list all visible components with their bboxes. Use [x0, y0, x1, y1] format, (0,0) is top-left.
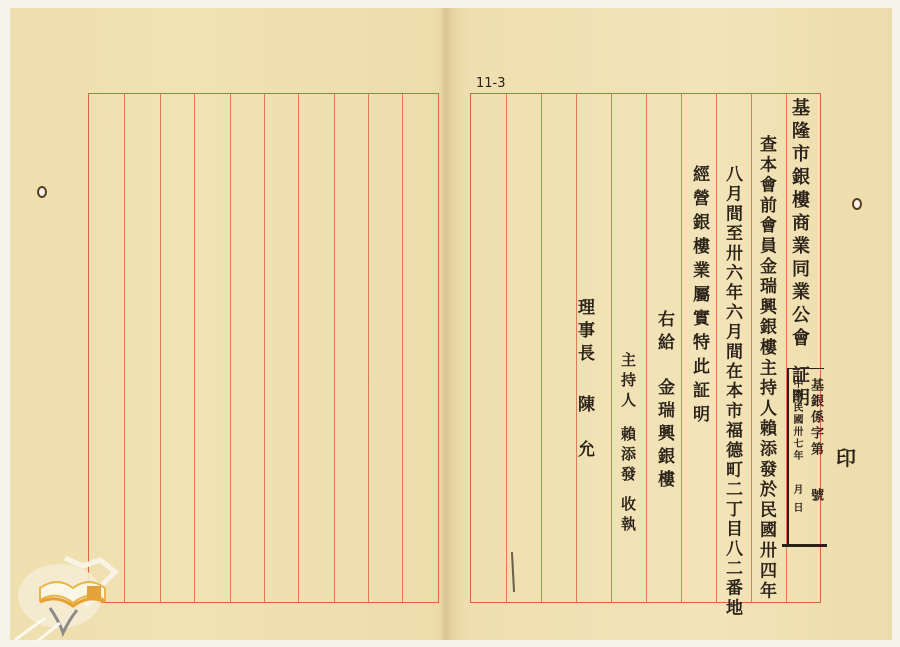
stamp-underline	[782, 544, 827, 547]
date-day: 日	[791, 502, 802, 514]
holder-name: 賴添發	[619, 426, 637, 486]
signatory-name: 陳允	[574, 395, 594, 485]
reference-suffix: 號	[808, 488, 823, 504]
seal-mark: 印	[836, 442, 856, 471]
reference-prefix: 基銀係字第	[808, 378, 823, 458]
signatory-line: 理事長陳允	[575, 298, 592, 485]
certificate-title: 基隆市銀樓商業同業公會証明	[790, 98, 808, 411]
page-number-annotation: 11-3	[476, 76, 506, 91]
binding-hole-right	[852, 198, 862, 210]
page-fold	[440, 8, 452, 640]
body-line-1: 查本會前會員金瑞興銀樓主持人賴添發於民國卅四年	[757, 135, 774, 602]
ruled-grid-left	[88, 93, 439, 603]
body-line-3: 經營銀樓業屬實特此証明	[690, 165, 707, 429]
holder-line: 主持人賴添發收執	[620, 352, 635, 536]
issuer-name: 基隆市銀樓商業同業公會	[789, 98, 810, 351]
recipient-name: 金瑞興銀樓	[654, 378, 674, 493]
archive-book-taiwan-logo-icon	[5, 548, 120, 643]
recipient-line: 右給金瑞興銀樓	[655, 310, 672, 493]
binding-hole-left	[37, 186, 47, 198]
recipient-prefix: 右給	[654, 310, 674, 356]
date-year: 中華民國卅七年	[791, 378, 802, 462]
body-line-2: 八月間至卅六年六月間在本市福德町二丁目八二番地	[723, 165, 740, 618]
holder-title: 主持人	[619, 352, 637, 412]
holder-receipt: 收執	[619, 496, 637, 536]
reference-number: 基銀係字第號	[806, 378, 825, 504]
date-month: 月	[791, 484, 802, 496]
signatory-title: 理事長	[574, 298, 594, 367]
reference-date: 中華民國卅七年月日	[789, 378, 804, 514]
